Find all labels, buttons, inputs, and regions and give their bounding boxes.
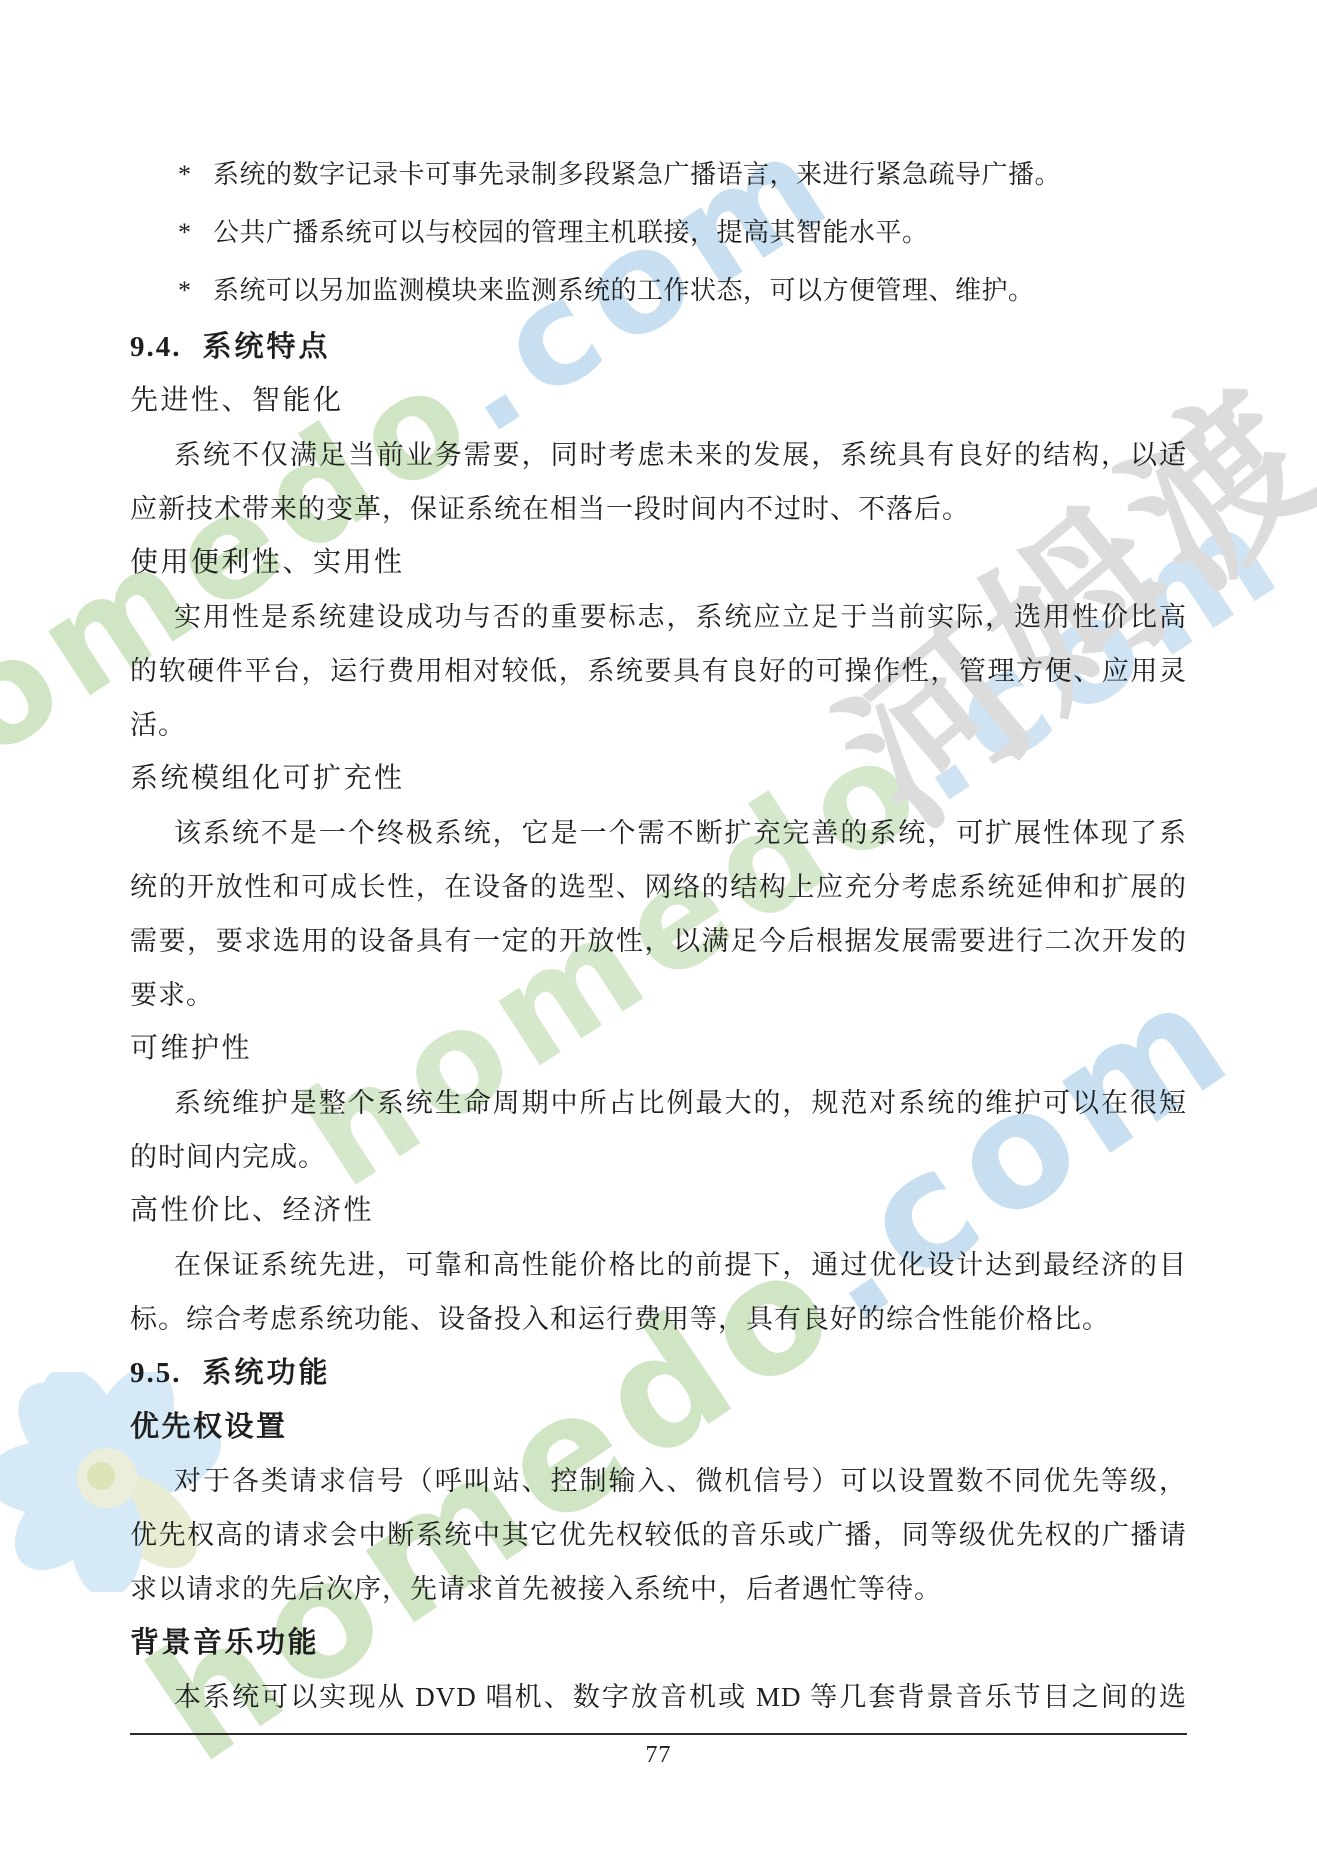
paragraph-line: 活。 bbox=[130, 698, 1187, 752]
paragraph-line: 对于各类请求信号（呼叫站、控制输入、微机信号）可以设置数不同优先等级， bbox=[130, 1454, 1187, 1508]
paragraph-line: 求以请求的先后次序，先请求首先被接入系统中，后者遇忙等待。 bbox=[130, 1562, 1187, 1616]
subheading-priority-setting: 优先权设置 bbox=[130, 1400, 1187, 1454]
paragraph-line: 该系统不是一个终极系统，它是一个需不断扩充完善的系统，可扩展性体现了系 bbox=[130, 806, 1187, 860]
paragraph-line: 标。综合考虑系统功能、设备投入和运行费用等，具有良好的综合性能价格比。 bbox=[130, 1292, 1187, 1346]
subheading-cost-effectiveness: 高性价比、经济性 bbox=[130, 1184, 1187, 1238]
heading-9-5: 9.5.系统功能 bbox=[130, 1346, 1187, 1400]
paragraph-line: 应新技术带来的变革，保证系统在相当一段时间内不过时、不落后。 bbox=[130, 482, 1187, 536]
heading-number: 9.5. bbox=[130, 1346, 182, 1400]
paragraph-line: 的软硬件平台，运行费用相对较低，系统要具有良好的可操作性，管理方便、应用灵 bbox=[130, 644, 1187, 698]
subheading-modularity-expandability: 系统模组化可扩充性 bbox=[130, 752, 1187, 806]
heading-9-4: 9.4.系统特点 bbox=[130, 320, 1187, 374]
bullet-item-3: *系统可以另加监测模块来监测系统的工作状态，可以方便管理、维护。 bbox=[130, 262, 1187, 320]
page-number: 77 bbox=[130, 1735, 1187, 1775]
bullet-text: 系统可以另加监测模块来监测系统的工作状态，可以方便管理、维护。 bbox=[213, 276, 1035, 305]
heading-text: 系统功能 bbox=[203, 1357, 331, 1389]
paragraph-line: 系统维护是整个系统生命周期中所占比例最大的，规范对系统的维护可以在很短 bbox=[130, 1076, 1187, 1130]
subheading-advanced-intelligent: 先进性、智能化 bbox=[130, 374, 1187, 428]
paragraph-line: 需要，要求选用的设备具有一定的开放性，以满足今后根据发展需要进行二次开发的 bbox=[130, 914, 1187, 968]
bullet-text: 公共广播系统可以与校园的管理主机联接，提高其智能水平。 bbox=[213, 218, 929, 247]
bullet-marker: * bbox=[178, 146, 213, 204]
bullet-text: 系统的数字记录卡可事先录制多段紧急广播语言，来进行紧急疏导广播。 bbox=[213, 160, 1061, 189]
paragraph-line: 的时间内完成。 bbox=[130, 1130, 1187, 1184]
paragraph-line: 要求。 bbox=[130, 968, 1187, 1022]
heading-text: 系统特点 bbox=[203, 331, 331, 363]
paragraph-line: 统的开放性和可成长性，在设备的选型、网络的结构上应充分考虑系统延伸和扩展的 bbox=[130, 860, 1187, 914]
bullet-item-2: *公共广播系统可以与校园的管理主机联接，提高其智能水平。 bbox=[130, 204, 1187, 262]
bullet-item-1: *系统的数字记录卡可事先录制多段紧急广播语言，来进行紧急疏导广播。 bbox=[130, 146, 1187, 204]
subheading-maintainability: 可维护性 bbox=[130, 1022, 1187, 1076]
paragraph-line: 系统不仅满足当前业务需要，同时考虑未来的发展，系统具有良好的结构，以适 bbox=[130, 428, 1187, 482]
bullet-marker: * bbox=[178, 204, 213, 262]
subheading-usability-practicality: 使用便利性、实用性 bbox=[130, 536, 1187, 590]
subheading-background-music: 背景音乐功能 bbox=[130, 1616, 1187, 1670]
document-body: *系统的数字记录卡可事先录制多段紧急广播语言，来进行紧急疏导广播。*公共广播系统… bbox=[130, 146, 1187, 1775]
paragraph-line: 在保证系统先进，可靠和高性能价格比的前提下，通过优化设计达到最经济的目 bbox=[130, 1238, 1187, 1292]
heading-number: 9.4. bbox=[130, 320, 182, 374]
bullet-marker: * bbox=[178, 262, 213, 320]
paragraph-line: 优先权高的请求会中断系统中其它优先权较低的音乐或广播，同等级优先权的广播请 bbox=[130, 1508, 1187, 1562]
document-page: homedo.com homedo.com homedo.com 河姆渡 *系统… bbox=[0, 0, 1317, 1865]
paragraph-line: 实用性是系统建设成功与否的重要标志，系统应立足于当前实际，选用性价比高 bbox=[130, 590, 1187, 644]
paragraph-line: 本系统可以实现从 DVD 唱机、数字放音机或 MD 等几套背景音乐节目之间的选 bbox=[130, 1670, 1187, 1724]
